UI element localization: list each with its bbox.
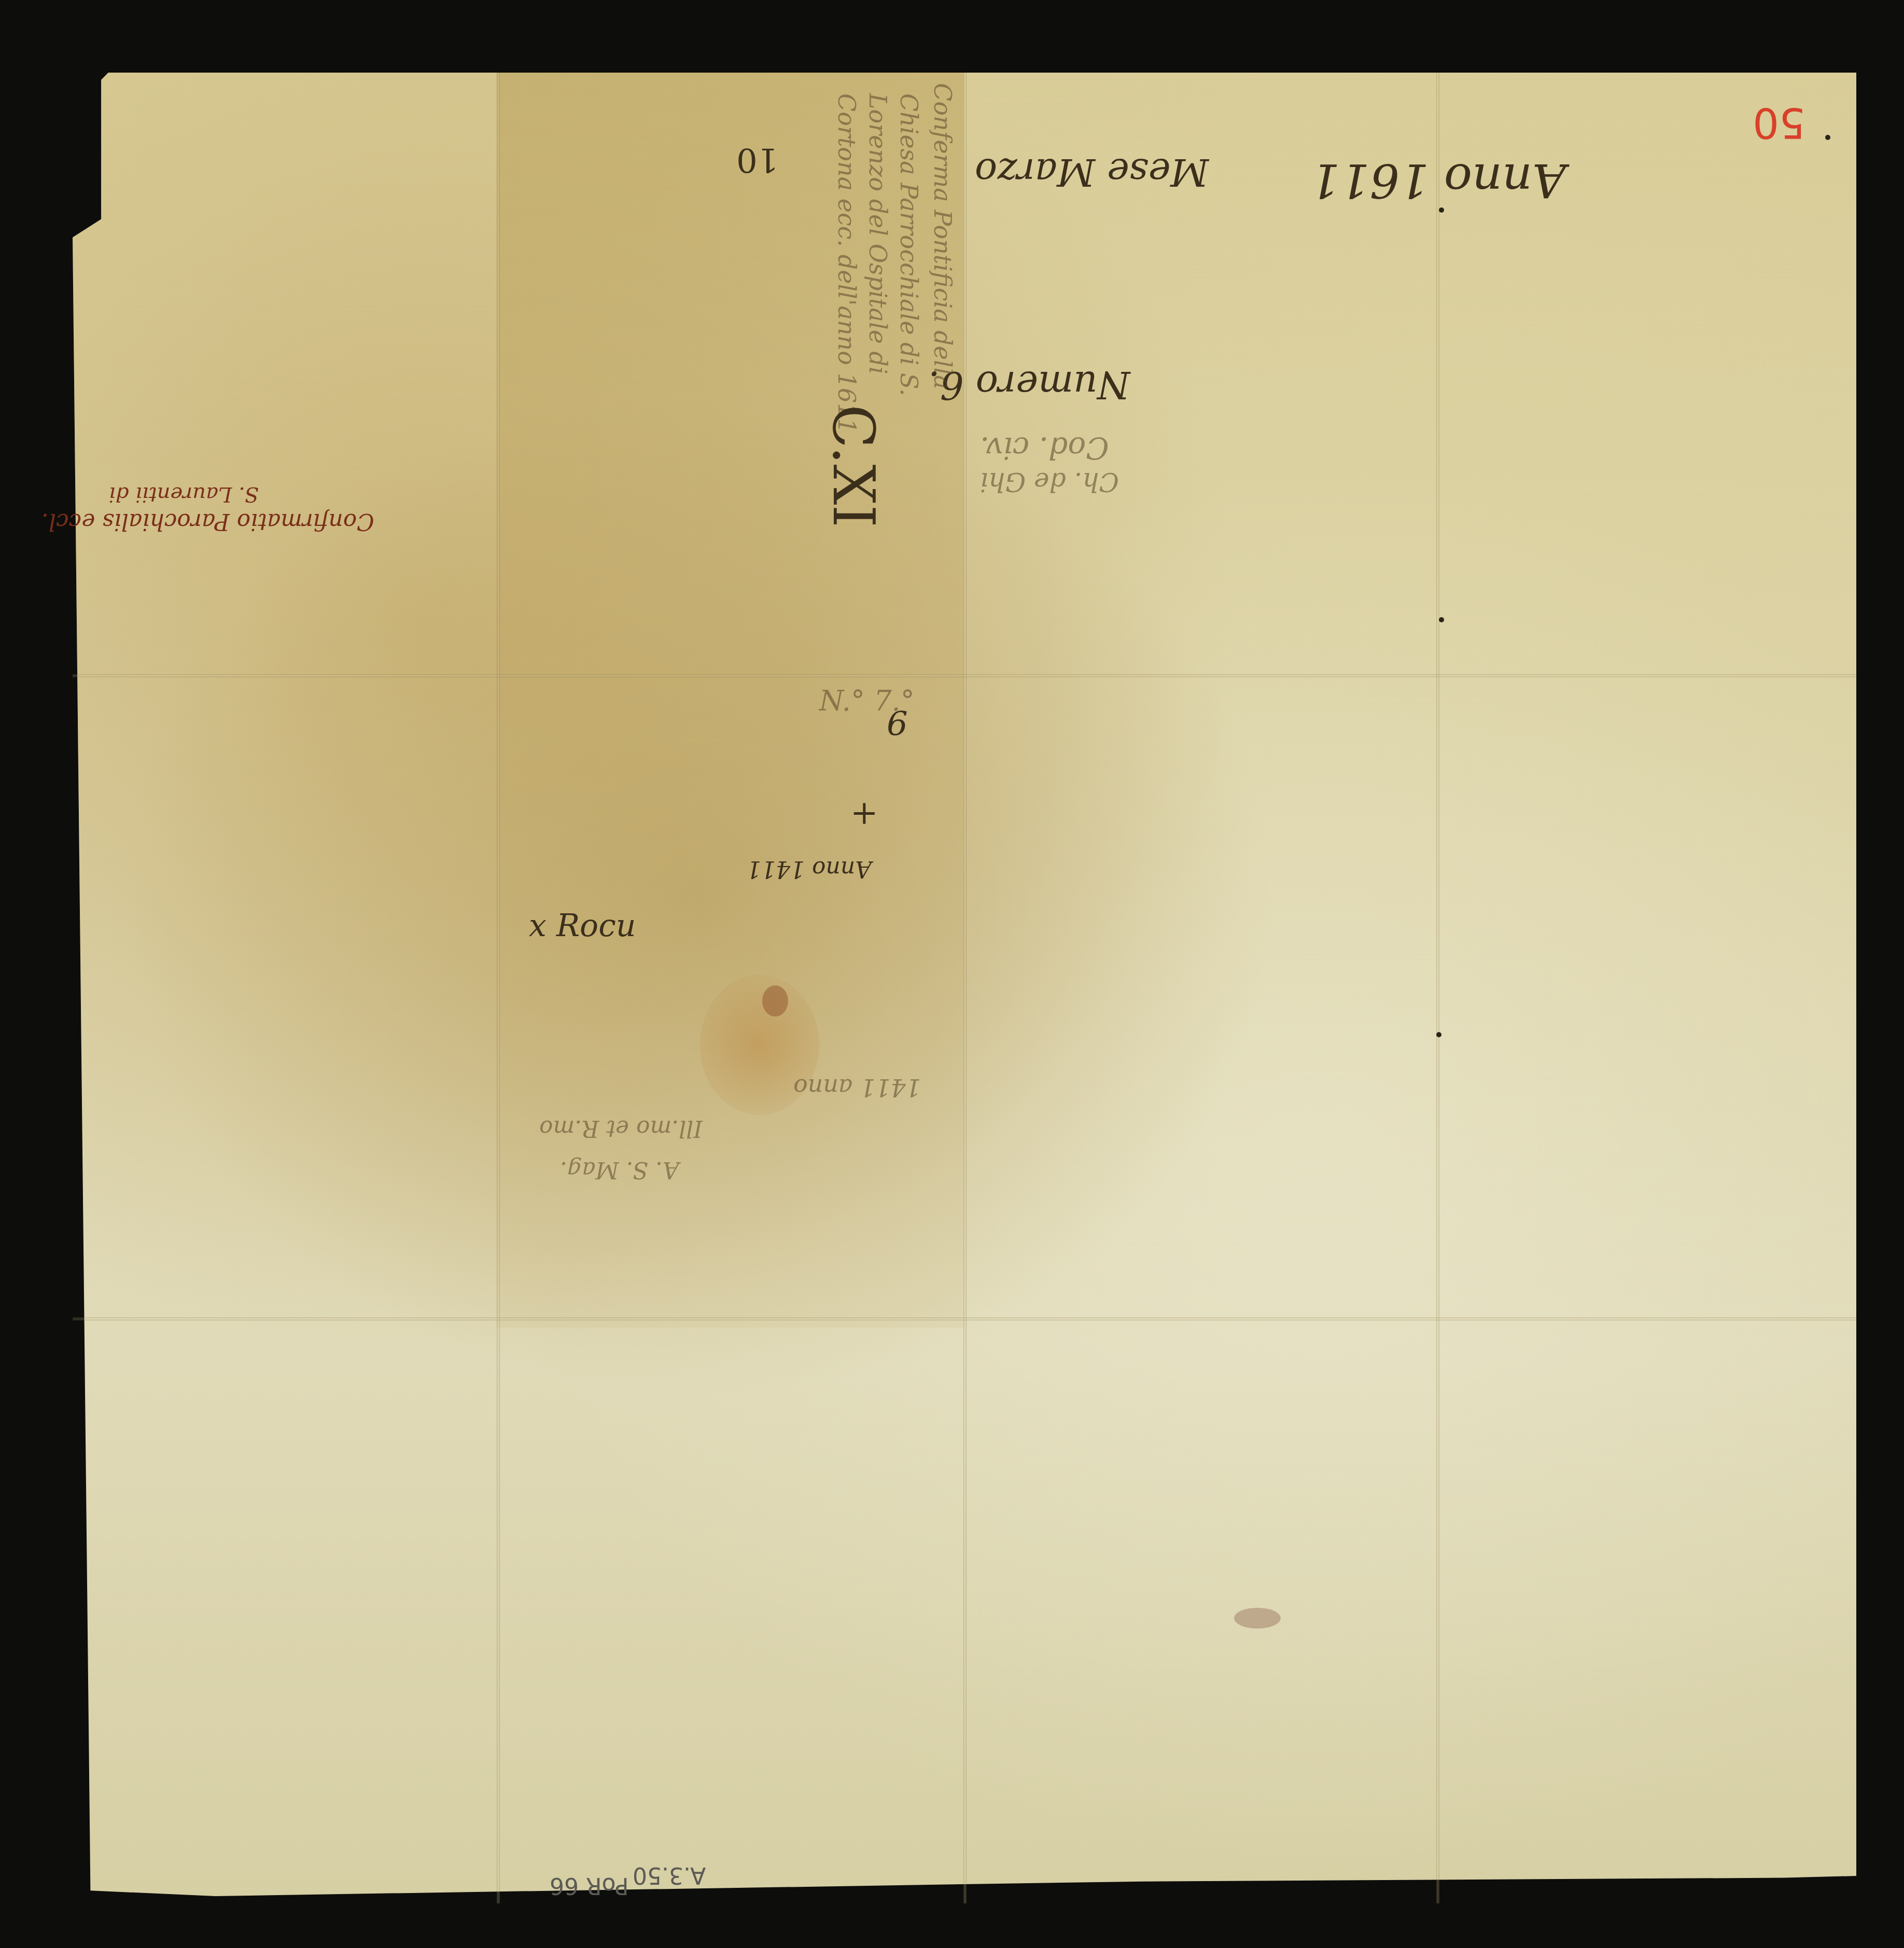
annotation-anno: Anno 1411 (747, 856, 872, 882)
year-label: Anno 1611 (1431, 156, 1566, 205)
stitch-hole (1436, 1032, 1441, 1037)
pencil-shelfmark: A.3.50 (633, 1862, 706, 1888)
faint-inscription: Ch. de Ghi (980, 467, 1119, 497)
ink-blot (1234, 1608, 1281, 1629)
stitch-hole (1825, 135, 1830, 140)
month-label: Mese Marzo (975, 150, 1209, 194)
faint-inscription: Cod. civ. (980, 430, 1109, 466)
vertical-inscription-line: Cortona ecc. dell'anno 1611 (833, 93, 861, 434)
cross-mark: + (850, 794, 878, 832)
annotation-rocu: x Rocu (529, 908, 636, 944)
fold-line-vertical-3 (1436, 73, 1439, 1903)
faint-inscription: Ill.mo et R.mo (539, 1115, 703, 1142)
fold-line-vertical-2 (963, 73, 967, 1903)
fold-line-horizontal-2 (73, 1317, 1856, 1320)
vertical-inscription-line: Lorenzo del Ospitale di (864, 93, 892, 374)
stitch-hole (1439, 617, 1444, 622)
numero-label: Numero 6. (928, 363, 1130, 407)
left-panel-inscription: Confirmatio Parochialis eccl. (41, 508, 374, 535)
vertical-inscription-line: Conferma Pontificia della (929, 83, 957, 389)
fold-line-horizontal-1 (73, 674, 1856, 677)
seal-remnant (762, 985, 788, 1017)
pencil-reference: PoR 66 (550, 1872, 628, 1899)
archive-number-red: 50 (1753, 99, 1805, 147)
number-6: 6 (887, 705, 908, 744)
fold-line-vertical-1 (497, 73, 500, 1903)
number-10: 10 (736, 140, 778, 178)
year-1411: 1411 anno (793, 1074, 921, 1102)
faint-inscription: A. S. Mag. (560, 1157, 679, 1183)
roman-numeral: C.XI (820, 405, 887, 527)
vertical-inscription-line: Chiesa Parrocchiale di S. (895, 93, 923, 396)
left-panel-inscription: S. Laurentii di (109, 482, 259, 506)
stitch-hole (1439, 207, 1444, 213)
